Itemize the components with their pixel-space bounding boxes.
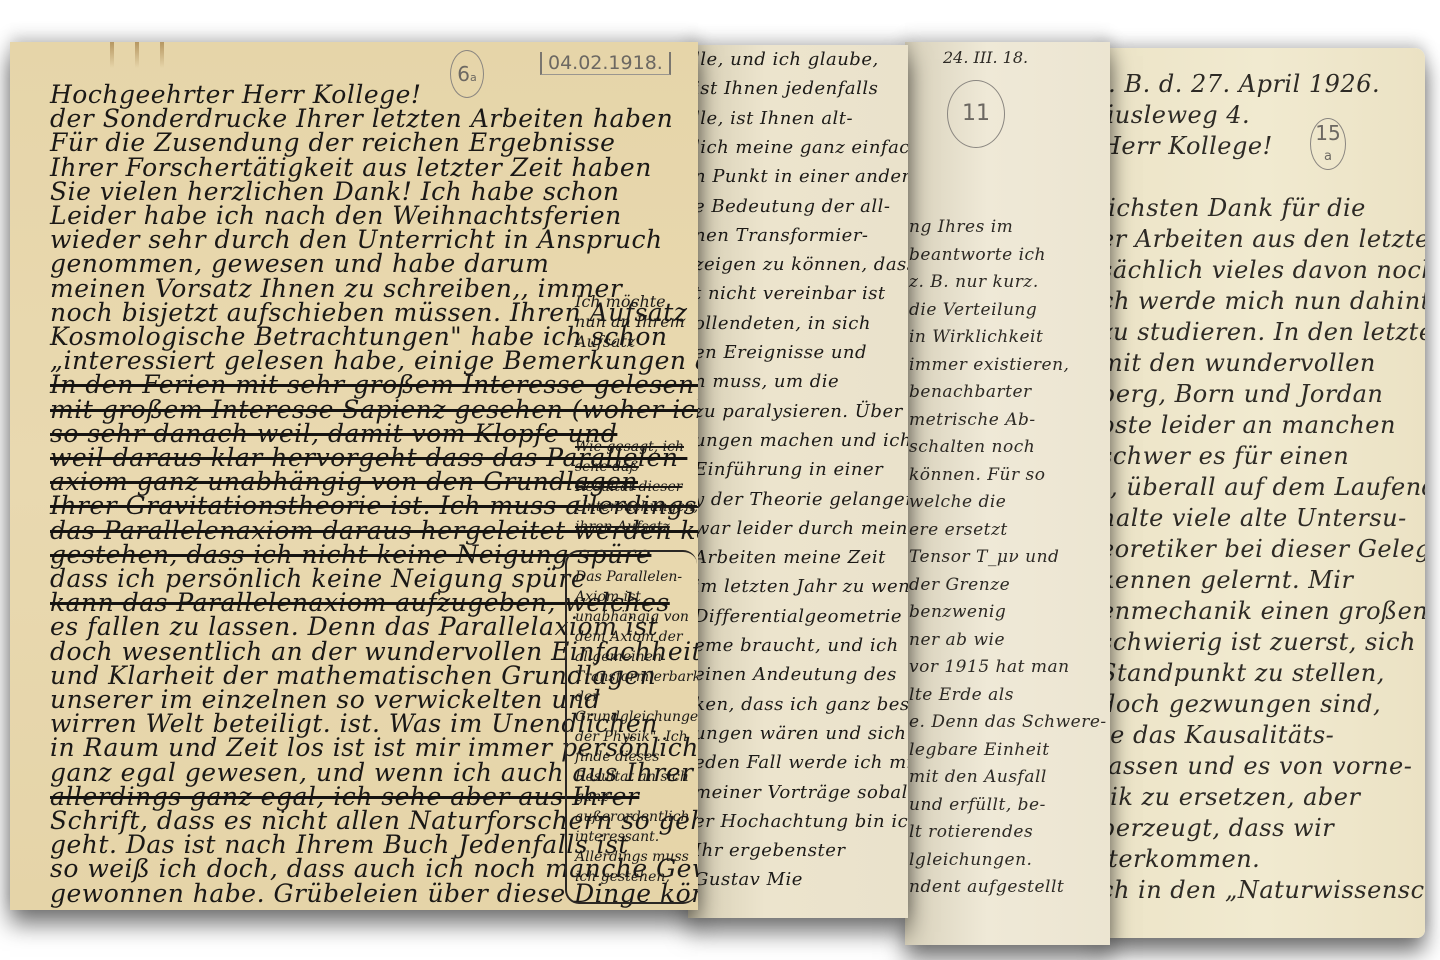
handwritten-line: e Bedeutung der all- xyxy=(694,196,891,217)
handwritten-line: mit den wundervollen xyxy=(1100,349,1376,377)
handwritten-line: benzwenig xyxy=(909,602,1006,622)
paper-stain xyxy=(160,42,164,68)
handwritten-line: t nicht vereinbar ist xyxy=(694,283,886,304)
handwritten-line: ch werde mich nun dahinter xyxy=(1100,287,1425,315)
handwritten-line: berg, Born und Jordan xyxy=(1100,380,1383,408)
handwritten-line: schwierig ist zuerst, sich xyxy=(1100,628,1416,656)
handwritten-line: Standpunkt zu stellen, xyxy=(1100,659,1385,687)
handwritten-line: der Grenze xyxy=(909,575,1010,595)
handwritten-line: Differentialgeometrie xyxy=(694,606,902,627)
handwritten-line: eden Fall werde ich mir xyxy=(694,752,908,773)
handwritten-line: Tensor T_μν und xyxy=(909,547,1059,567)
handwritten-line: beantworte ich xyxy=(909,245,1046,265)
handwritten-line: legbare Einheit xyxy=(909,740,1050,760)
handwritten-line: ken, dass ich ganz besonders xyxy=(694,694,908,715)
handwritten-line: schalten noch xyxy=(909,437,1035,457)
handwritten-line: lassen und es von vorne- xyxy=(1100,752,1412,780)
handwritten-line: einen Andeutung des xyxy=(694,664,897,685)
handwritten-line: ist Ihnen jedenfalls xyxy=(694,78,878,99)
handwritten-line: lgleichungen. xyxy=(909,850,1032,870)
handwritten-line: im letzten Jahr zu wenig xyxy=(694,576,908,597)
handwritten-line: lle, und ich glaube, xyxy=(694,49,879,70)
handwritten-line: lt rotierendes xyxy=(909,822,1033,842)
handwritten-line: n Punkt in einer andern xyxy=(694,166,908,187)
handwritten-line: kennen gelernt. Mir xyxy=(1100,566,1353,594)
handwritten-line: benachbarter xyxy=(909,382,1032,402)
handwritten-line: zu studieren. In den letzten xyxy=(1100,318,1425,346)
handwritten-line: ch in den „Naturwissenschaften xyxy=(1100,876,1425,904)
handwritten-line: Herr Kollege! xyxy=(1100,132,1273,160)
handwritten-line: eme braucht, und ich xyxy=(694,635,899,656)
date-label: 04.02.1918. xyxy=(540,52,671,75)
handwritten-line: ner ab wie xyxy=(909,630,1005,650)
archive-number-stamp: 15 a xyxy=(1310,118,1346,170)
paper-stain xyxy=(135,42,139,68)
letter-page-4: 15 a i. B. d. 27. April 1926.äusleweg 4.… xyxy=(1100,48,1425,938)
handwritten-line: y der Theorie gelangen xyxy=(694,489,908,510)
paper-stain xyxy=(110,42,114,68)
handwritten-line: lich meine ganz einfachen xyxy=(694,137,908,158)
handwritten-line: eoretiker bei dieser Gelegen- xyxy=(1100,535,1425,563)
handwritten-line: mit den Ausfall xyxy=(909,767,1047,787)
handwritten-line: zu paralysieren. Über xyxy=(694,401,903,422)
margin-note: Das Parallelen-Axiom ist unabhängig von … xyxy=(575,567,690,887)
archive-number-stamp: 11 xyxy=(947,80,1005,148)
handwritten-line: und erfüllt, be- xyxy=(909,795,1046,815)
handwritten-line: in Wirklichkeit xyxy=(909,327,1043,347)
handwritten-line: z. B. nur kurz. xyxy=(909,272,1039,292)
handwritten-line: Ihr ergebenster xyxy=(694,840,845,861)
handwritten-line: te das Kausalitäts- xyxy=(1100,721,1334,749)
handwritten-line: halte viele alte Untersu- xyxy=(1100,504,1407,532)
letter-page-1: 6a 04.02.1918. Hochgeehrter Herr Kollege… xyxy=(10,42,698,910)
letter-page-3: 24. III. 18. 11 ng Ihres imbeantworte ic… xyxy=(905,42,1110,945)
handwritten-line: schwer es für einen xyxy=(1100,442,1349,470)
handwritten-line: immer existieren, xyxy=(909,355,1069,375)
handwritten-line: können. Für so xyxy=(909,465,1045,485)
handwritten-line: nen Transformier- xyxy=(694,225,869,246)
handwritten-line: doch gezwungen sind, xyxy=(1100,690,1381,718)
handwritten-line: sächlich vieles davon noch xyxy=(1100,256,1425,284)
date-label: 24. III. 18. xyxy=(943,48,1028,67)
letter-page-2: lle, und ich glaube,ist Ihnen jedenfalls… xyxy=(688,45,908,918)
handwritten-line: t, überall auf dem Laufenden xyxy=(1100,473,1425,501)
handwritten-line: Einführung in einer xyxy=(694,459,883,480)
handwritten-line: oste leider an manchen xyxy=(1100,411,1396,439)
handwritten-line: vor 1915 hat man xyxy=(909,657,1070,677)
handwritten-line: ere ersetzt xyxy=(909,520,1008,540)
handwritten-line: war leider durch meine xyxy=(694,518,908,539)
handwritten-line: metrische Ab- xyxy=(909,410,1036,430)
handwritten-line: Gustav Mie xyxy=(694,869,803,890)
handwritten-line: ng Ihres im xyxy=(909,217,1013,237)
archive-number-stamp: 6a xyxy=(450,50,484,98)
handwritten-line: i. B. d. 27. April 1926. xyxy=(1100,70,1380,98)
handwritten-line: ungen wären und sich xyxy=(694,723,906,744)
handwritten-line: n muss, um die xyxy=(694,371,839,392)
handwritten-line: Arbeiten meine Zeit xyxy=(694,547,886,568)
handwritten-line: er Hochachtung bin ich xyxy=(694,811,908,832)
handwritten-line: äusleweg 4. xyxy=(1100,101,1250,129)
handwritten-line: iterkommen. xyxy=(1100,845,1260,873)
handwritten-line: meiner Vorträge sobald xyxy=(694,782,908,803)
handwritten-line: welche die xyxy=(909,492,1006,512)
margin-note: Ich möchte nun an Ihrem Aufsatz xyxy=(575,292,690,352)
handwritten-line: ollendeten, in sich xyxy=(694,313,871,334)
handwritten-line: berzeugt, dass wir xyxy=(1100,814,1334,842)
handwritten-line: enmechanik einen großen xyxy=(1100,597,1425,625)
handwritten-line: die Verteilung xyxy=(909,300,1037,320)
handwritten-line: lle, ist Ihnen alt- xyxy=(694,108,853,129)
handwritten-line: zeigen zu können, dass xyxy=(694,254,908,275)
margin-note: Wie gesagt, ich sehe daß Resultat dieser… xyxy=(575,437,690,537)
handwritten-line: tik zu ersetzen, aber xyxy=(1100,783,1360,811)
handwritten-line: e. Denn das Schwere- xyxy=(909,712,1107,732)
handwritten-line: lichsten Dank für die xyxy=(1100,194,1366,222)
handwritten-line: lte Erde als xyxy=(909,685,1014,705)
handwritten-line: er Arbeiten aus den letzten xyxy=(1100,225,1425,253)
handwritten-line: ungen machen und ich xyxy=(694,430,908,451)
handwritten-line: ndent aufgestellt xyxy=(909,877,1064,897)
handwritten-line: en Ereignisse und xyxy=(694,342,867,363)
